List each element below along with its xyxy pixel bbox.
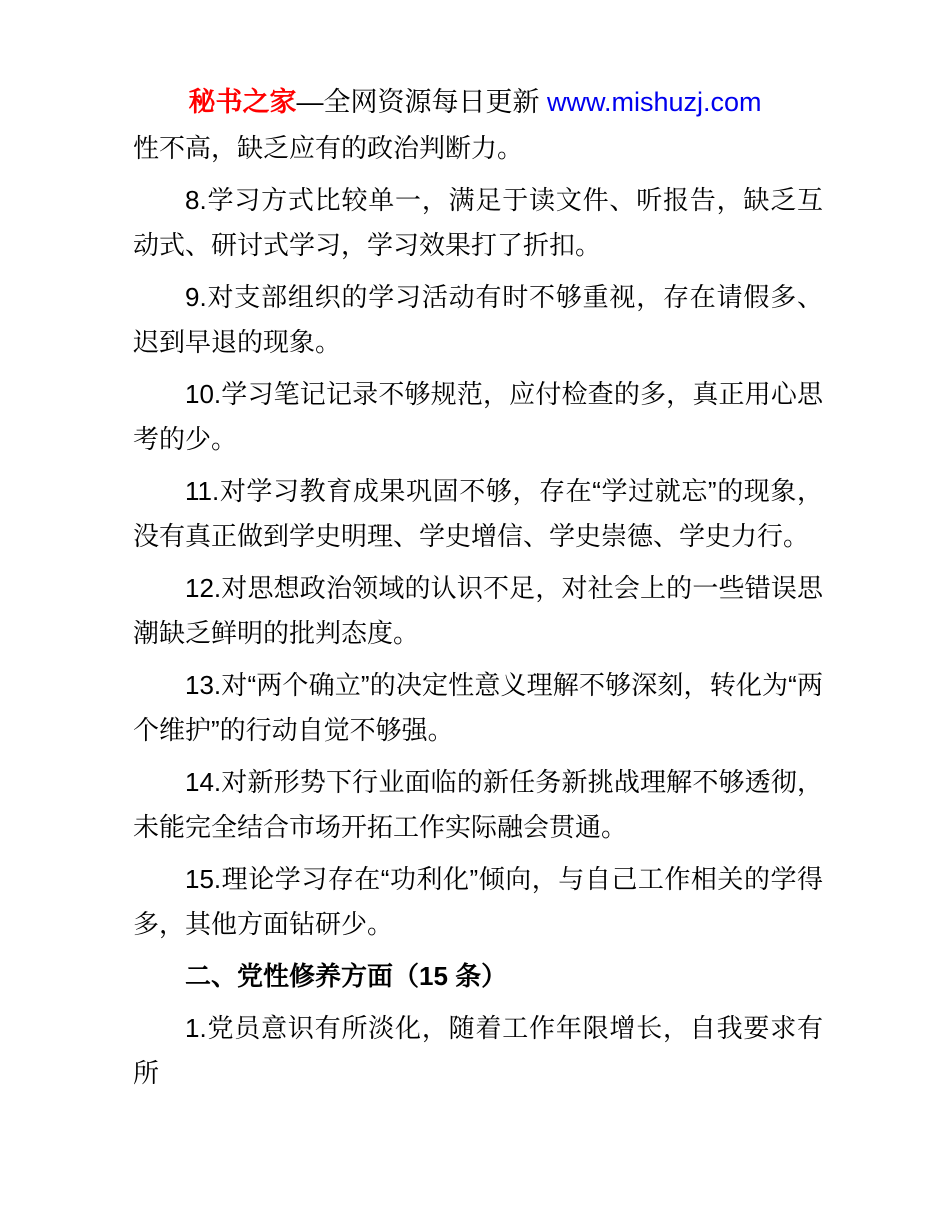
site-header: 秘书之家—全网资源每日更新 www.mishuzj.com [0, 82, 950, 122]
paragraph: 13.对“两个确立”的决定性意义理解不够深刻，转化为“两个维护”的行动自觉不够强… [133, 663, 823, 753]
paragraph: 8.学习方式比较单一，满足于读文件、听报告，缺乏互动式、研讨式学习，学习效果打了… [133, 178, 823, 268]
paragraph: 15.理论学习存在“功利化”倾向，与自己工作相关的学得多，其他方面钻研少。 [133, 857, 823, 947]
site-brand: 秘书之家 [188, 87, 296, 117]
paragraph: 11.对学习教育成果巩固不够，存在“学过就忘”的现象，没有真正做到学史明理、学史… [133, 469, 823, 559]
paragraph: 10.学习笔记记录不够规范，应付检查的多，真正用心思考的少。 [133, 372, 823, 462]
paragraph: 14.对新形势下行业面临的新任务新挑战理解不够透彻，未能完全结合市场开拓工作实际… [133, 760, 823, 850]
site-url-link[interactable]: www.mishuzj.com [547, 87, 762, 117]
paragraph: 12.对思想政治领域的认识不足，对社会上的一些错误思潮缺乏鲜明的批判态度。 [133, 566, 823, 656]
section-heading: 二、党性修养方面（15 条） [133, 954, 823, 999]
paragraph: 9.对支部组织的学习活动有时不够重视，存在请假多、迟到早退的现象。 [133, 275, 823, 365]
paragraph: 1.党员意识有所淡化，随着工作年限增长，自我要求有所 [133, 1006, 823, 1096]
document-body: 性不高，缺乏应有的政治判断力。8.学习方式比较单一，满足于读文件、听报告，缺乏互… [133, 126, 823, 1103]
document-page: 秘书之家—全网资源每日更新 www.mishuzj.com 性不高，缺乏应有的政… [0, 0, 950, 1230]
site-tagline: —全网资源每日更新 [296, 87, 547, 117]
paragraph: 性不高，缺乏应有的政治判断力。 [133, 126, 823, 171]
